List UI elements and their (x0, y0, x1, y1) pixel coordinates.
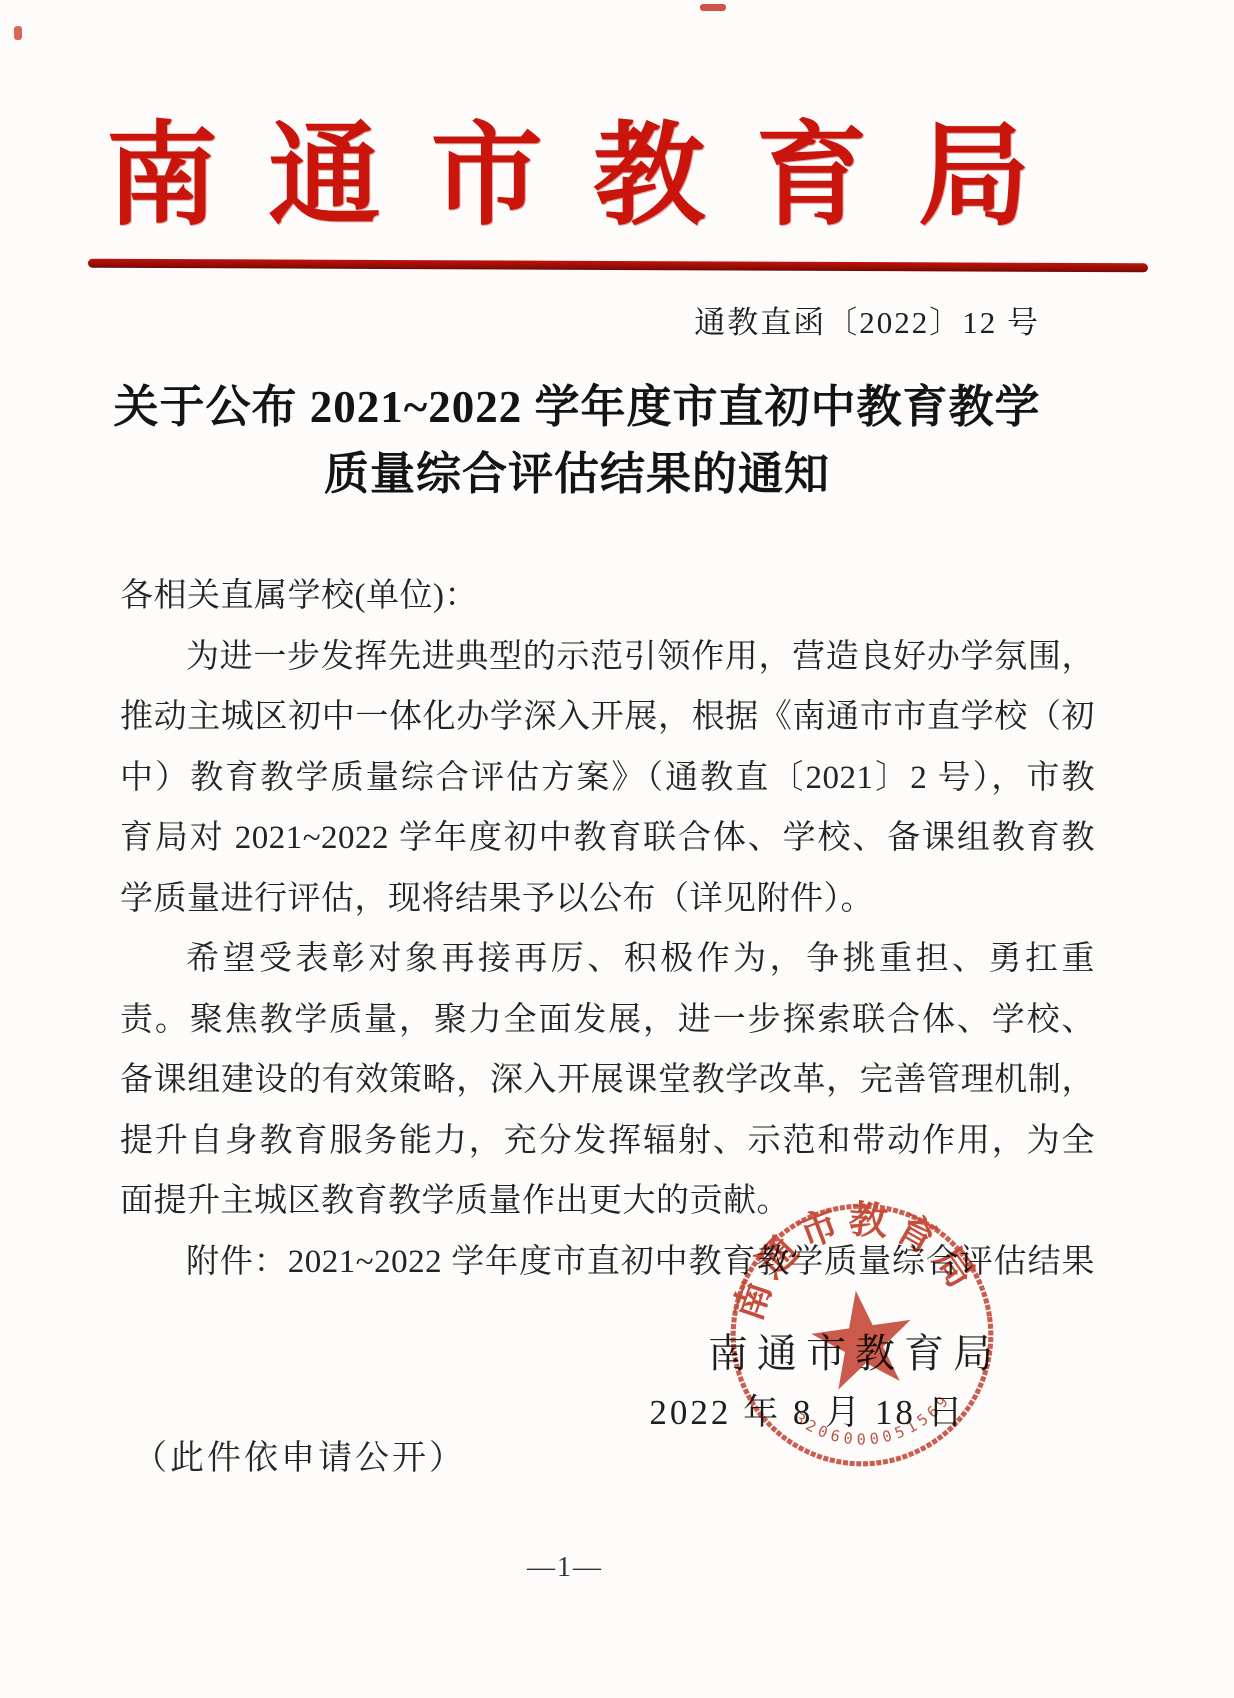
scan-artifact (14, 26, 22, 40)
paragraph-line: 提升自身教育服务能力，充分发挥辐射、示范和带动作用，为全 (120, 1111, 1095, 1172)
seal-code-text-path: 3206000051569 (789, 1388, 959, 1459)
letterhead-char: 育 (756, 116, 868, 239)
document-title-line2: 质量综合评估结果的通知 (0, 441, 1154, 508)
letterhead-divider-rule (88, 259, 1148, 273)
paragraph-line: 责。聚焦教学质量，聚力全面发展，进一步探索联合体、学校、 (120, 990, 1095, 1051)
document-title: 关于公布 2021~2022 学年度市直初中教育教学 质量综合评估结果的通知 (0, 374, 1154, 508)
official-seal: 南通市教育局 3206000051569 (702, 1175, 1023, 1496)
letterhead-char: 教 (593, 116, 705, 239)
scan-artifact (700, 4, 726, 11)
paragraph-line: 推动主城区初中一体化办学深入开展，根据《南通市市直学校（初 (120, 687, 1095, 748)
letterhead-char: 南 (106, 116, 218, 239)
seal-star-icon (806, 1284, 919, 1392)
letterhead-char: 通 (268, 116, 380, 239)
seal-code: 3206000051569 (789, 1388, 959, 1459)
letterhead-char: 局 (918, 116, 1030, 239)
paragraph-line: 中）教育教学质量综合评估方案》（通教直〔2021〕2 号），市教 (120, 748, 1095, 809)
scanned-document-page: 南 通 市 教 育 局 通教直函〔2022〕12 号 关于公布 2021~202… (0, 0, 1234, 1698)
letterhead-char: 市 (431, 116, 543, 239)
paragraph-line: 为进一步发挥先进典型的示范引领作用，营造良好办学氛围， (120, 627, 1095, 688)
letterhead-agency-name: 南 通 市 教 育 局 (106, 116, 1030, 239)
page-number: —1— (0, 1552, 1130, 1584)
disclosure-note: （此件依申请公开） (133, 1430, 466, 1479)
salutation: 各相关直属学校(单位)： (120, 566, 1095, 627)
paragraph-line: 希望受表彰对象再接再厉、积极作为，争挑重担、勇扛重 (120, 929, 1095, 990)
document-title-line1: 关于公布 2021~2022 学年度市直初中教育教学 (0, 374, 1154, 441)
document-number: 通教直函〔2022〕12 号 (694, 297, 1040, 342)
paragraph-line: 备课组建设的有效策略，深入开展课堂教学改革，完善管理机制， (120, 1050, 1095, 1111)
paragraph-line: 学质量进行评估，现将结果予以公布（详见附件）。 (120, 869, 1095, 930)
paragraph-line: 育局对 2021~2022 学年度初中教育联合体、学校、备课组教育教 (120, 808, 1095, 869)
